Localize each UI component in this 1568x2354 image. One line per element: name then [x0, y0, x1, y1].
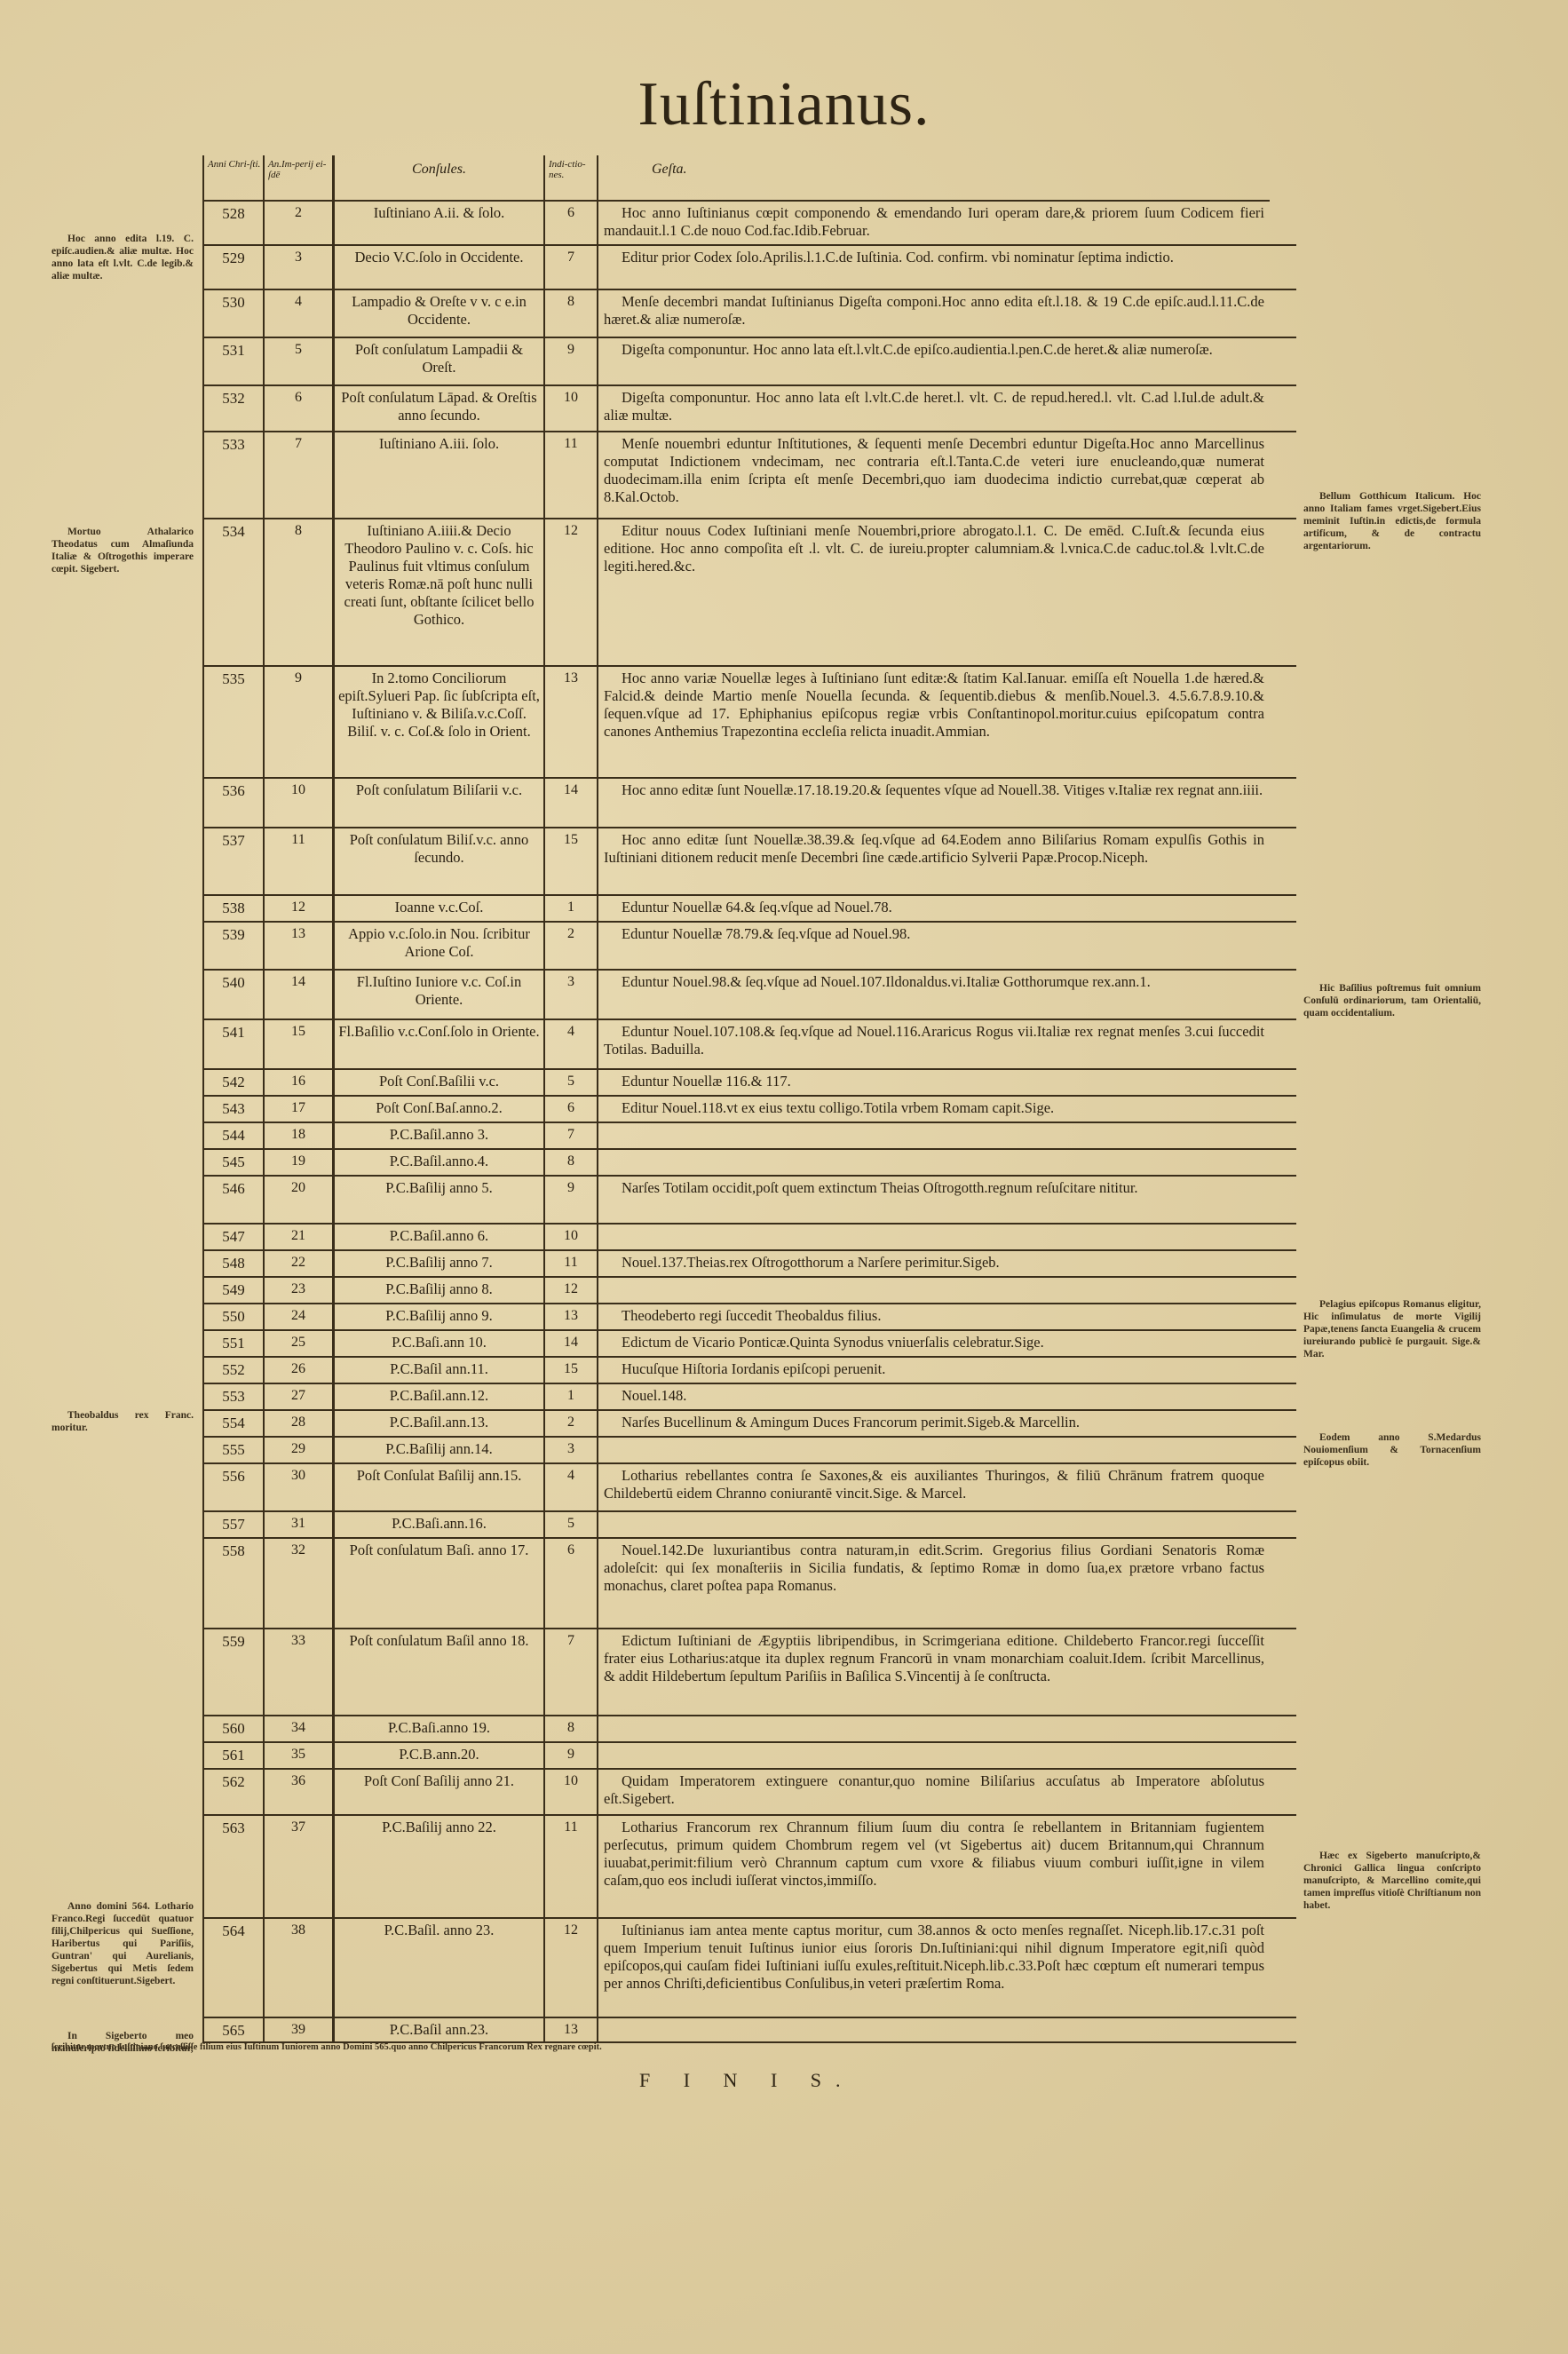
indiction-cell: 3	[545, 971, 598, 1018]
gesta-cell	[598, 1123, 1270, 1148]
year-cell: 533	[202, 432, 265, 518]
gesta-cell	[598, 1716, 1270, 1741]
year-cell: 558	[202, 1539, 265, 1628]
gesta-cell: Eduntur Nouellæ 64.& ſeq.vſque ad Nouel.…	[598, 896, 1270, 921]
left-margin-note: Mortuo Athalarico Theodatus cum Almaſiun…	[51, 526, 194, 575]
year-cell: 564	[202, 1919, 265, 2017]
imperium-cell: 36	[265, 1770, 334, 1814]
imperium-cell: 13	[265, 923, 334, 969]
imperium-cell: 2	[265, 202, 334, 244]
table-row: 56539P.C.Baſil ann.23.13	[202, 2018, 1296, 2043]
table-row: 5337Iuſtiniano A.iii. ſolo.11Menſe nouem…	[202, 432, 1296, 519]
table-row: 55933Poſt conſulatum Baſil anno 18.7Edic…	[202, 1629, 1296, 1716]
indiction-cell: 3	[545, 1438, 598, 1462]
indiction-cell: 7	[545, 246, 598, 289]
header-gesta: Geſta.	[598, 155, 1270, 202]
indiction-cell: 6	[545, 1539, 598, 1628]
year-cell: 541	[202, 1020, 265, 1068]
consul-cell: P.C.Baſil.anno 3.	[334, 1123, 545, 1148]
right-margin-note: Hic Baſilius poſtremus fuit omnium Conſu…	[1303, 982, 1481, 1019]
consul-cell: Poſt conſulatum Biliſ.v.c. anno ſecundo.	[334, 828, 545, 894]
year-cell: 529	[202, 246, 265, 289]
year-cell: 549	[202, 1278, 265, 1303]
imperium-cell: 11	[265, 828, 334, 894]
chronology-table: Anni Chri-ſti. An.Im-perij ei-ſdē Conſul…	[202, 155, 1296, 2043]
indiction-cell: 8	[545, 1150, 598, 1175]
indiction-cell: 11	[545, 1251, 598, 1276]
imperium-cell: 8	[265, 519, 334, 665]
year-cell: 532	[202, 386, 265, 431]
year-cell: 548	[202, 1251, 265, 1276]
gesta-cell: Eduntur Nouellæ 78.79.& ſeq.vſque ad Nou…	[598, 923, 1270, 969]
consul-cell: P.C.Baſil ann.23.	[334, 2018, 545, 2041]
table-row: 54822P.C.Baſilij anno 7.11Nouel.137.Thei…	[202, 1251, 1296, 1278]
table-row: 54418P.C.Baſil.anno 3.7	[202, 1123, 1296, 1150]
table-row: 5282Iuſtiniano A.ii. & ſolo.6Hoc anno Iu…	[202, 202, 1296, 246]
indiction-cell: 5	[545, 1512, 598, 1537]
imperium-cell: 37	[265, 1816, 334, 1917]
header-consules: Conſules.	[334, 155, 545, 202]
indiction-cell: 2	[545, 1411, 598, 1436]
consul-cell: Poſt conſulatum Baſil anno 18.	[334, 1629, 545, 1715]
table-row: 56034P.C.Baſi.anno 19.8	[202, 1716, 1296, 1743]
table-row: 55327P.C.Baſil.ann.12.1Nouel.148.	[202, 1384, 1296, 1411]
year-cell: 538	[202, 896, 265, 921]
year-cell: 554	[202, 1411, 265, 1436]
imperium-cell: 9	[265, 667, 334, 777]
gesta-cell: Edictum de Vicario Ponticæ.Quinta Synodu…	[598, 1331, 1270, 1356]
gesta-cell	[598, 1438, 1270, 1462]
header-indictiones: Indi-ctio-nes.	[545, 155, 598, 202]
consul-cell: P.C.Baſilij anno 9.	[334, 1304, 545, 1329]
year-cell: 542	[202, 1070, 265, 1095]
imperium-cell: 19	[265, 1150, 334, 1175]
year-cell: 563	[202, 1816, 265, 1917]
table-row: 5348Iuſtiniano A.iiii.& Decio Theodoro P…	[202, 519, 1296, 667]
consul-cell: P.C.Baſil.anno 6.	[334, 1225, 545, 1249]
gesta-cell: Hoc anno editæ ſunt Nouellæ.38.39.& ſeq.…	[598, 828, 1270, 894]
consul-cell: In 2.tomo Conciliorum epiſt.Sylueri Pap.…	[334, 667, 545, 777]
indiction-cell: 14	[545, 1331, 598, 1356]
gesta-cell: Hoc anno editæ ſunt Nouellæ.17.18.19.20.…	[598, 779, 1270, 827]
gesta-cell: Iuſtinianus iam antea mente captus morit…	[598, 1919, 1270, 2017]
imperium-cell: 25	[265, 1331, 334, 1356]
margin-note-text: Hic Baſilius poſtremus fuit omnium Conſu…	[1303, 982, 1481, 1019]
table-row: 56438P.C.Baſil. anno 23.12Iuſtinianus ia…	[202, 1919, 1296, 2018]
gesta-cell	[598, 2018, 1270, 2041]
consul-cell: P.C.B.ann.20.	[334, 1743, 545, 1768]
consul-cell: Poſt Conſ.Baſ.anno.2.	[334, 1097, 545, 1122]
year-cell: 540	[202, 971, 265, 1018]
gesta-cell: Hoc anno variæ Nouellæ leges à Iuſtinian…	[598, 667, 1270, 777]
gesta-cell: Nouel.142.De luxuriantibus contra natura…	[598, 1539, 1270, 1628]
consul-cell: Iuſtiniano A.iii. ſolo.	[334, 432, 545, 518]
consul-cell: P.C.Baſil. anno 23.	[334, 1919, 545, 2017]
gesta-cell	[598, 1278, 1270, 1303]
indiction-cell: 13	[545, 667, 598, 777]
imperium-cell: 5	[265, 338, 334, 384]
consul-cell: Poſt Conſ.Baſilii v.c.	[334, 1070, 545, 1095]
imperium-cell: 35	[265, 1743, 334, 1768]
gesta-cell: Digeſta componuntur. Hoc anno lata eſt l…	[598, 386, 1270, 431]
imperium-cell: 30	[265, 1464, 334, 1510]
indiction-cell: 10	[545, 1225, 598, 1249]
right-margin-note: Bellum Gotthicum Italicum. Hoc anno Ital…	[1303, 490, 1481, 552]
table-row: 56135P.C.B.ann.20.9	[202, 1743, 1296, 1770]
table-row: 55529P.C.Baſilij ann.14.3	[202, 1438, 1296, 1464]
indiction-cell: 13	[545, 1304, 598, 1329]
indiction-cell: 14	[545, 779, 598, 827]
year-cell: 552	[202, 1358, 265, 1383]
year-cell: 550	[202, 1304, 265, 1329]
indiction-cell: 6	[545, 202, 598, 244]
indiction-cell: 1	[545, 1384, 598, 1409]
right-margin-note: Pelagius epiſcopus Romanus eligitur, Hic…	[1303, 1298, 1481, 1360]
gesta-cell: Lotharius rebellantes contra ſe Saxones,…	[598, 1464, 1270, 1510]
table-row: 55024P.C.Baſilij anno 9.13Theodeberto re…	[202, 1304, 1296, 1331]
table-row: 54721P.C.Baſil.anno 6.10	[202, 1225, 1296, 1251]
imperium-cell: 21	[265, 1225, 334, 1249]
table-row: 5293Decio V.C.ſolo in Occidente.7Editur …	[202, 246, 1296, 290]
year-cell: 539	[202, 923, 265, 969]
left-margin-note: Theobaldus rex Franc. moritur.	[51, 1409, 194, 1434]
year-cell: 557	[202, 1512, 265, 1537]
page-title: Iuſtinianus.	[0, 69, 1568, 140]
imperium-cell: 33	[265, 1629, 334, 1715]
gesta-cell: Quidam Imperatorem extinguere conantur,q…	[598, 1770, 1270, 1814]
header-year: Anni Chri-ſti.	[202, 155, 265, 202]
year-cell: 535	[202, 667, 265, 777]
indiction-cell: 4	[545, 1020, 598, 1068]
indiction-cell: 15	[545, 1358, 598, 1383]
gesta-cell: Editur Nouel.118.vt ex eius textu collig…	[598, 1097, 1270, 1122]
table-row: 54620P.C.Baſilij anno 5.9Narſes Totilam …	[202, 1177, 1296, 1225]
consul-cell: P.C.Baſi.ann 10.	[334, 1331, 545, 1356]
consul-cell: P.C.Baſil.anno.4.	[334, 1150, 545, 1175]
table-row: 54317Poſt Conſ.Baſ.anno.2.6Editur Nouel.…	[202, 1097, 1296, 1123]
year-cell: 562	[202, 1770, 265, 1814]
imperium-cell: 7	[265, 432, 334, 518]
indiction-cell: 5	[545, 1070, 598, 1095]
gesta-cell: Edictum Iuſtiniani de Ægyptiis libripend…	[598, 1629, 1270, 1715]
consul-cell: Poſt Conſulat Baſilij ann.15.	[334, 1464, 545, 1510]
indiction-cell: 12	[545, 519, 598, 665]
table-row: 53812Ioanne v.c.Coſ.1Eduntur Nouellæ 64.…	[202, 896, 1296, 923]
imperium-cell: 10	[265, 779, 334, 827]
indiction-cell: 2	[545, 923, 598, 969]
imperium-cell: 17	[265, 1097, 334, 1122]
consul-cell: Lampadio & Oreſte v v. c e.in Occidente.	[334, 290, 545, 337]
imperium-cell: 4	[265, 290, 334, 337]
consul-cell: P.C.Baſi.anno 19.	[334, 1716, 545, 1741]
indiction-cell: 8	[545, 1716, 598, 1741]
consul-cell: P.C.Baſi.ann.16.	[334, 1512, 545, 1537]
consul-cell: Iuſtiniano A.iiii.& Decio Theodoro Pauli…	[334, 519, 545, 665]
year-cell: 534	[202, 519, 265, 665]
consul-cell: Appio v.c.ſolo.in Nou. ſcribitur Arione …	[334, 923, 545, 969]
year-cell: 561	[202, 1743, 265, 1768]
margin-note-text: Mortuo Athalarico Theodatus cum Almaſiun…	[51, 526, 194, 575]
year-cell: 546	[202, 1177, 265, 1223]
table-row: 55731P.C.Baſi.ann.16.5	[202, 1512, 1296, 1539]
consul-cell: Fl.Iuſtino Iuniore v.c. Coſ.in Oriente.	[334, 971, 545, 1018]
margin-note-text: Theobaldus rex Franc. moritur.	[51, 1409, 194, 1434]
gesta-cell: Nouel.148.	[598, 1384, 1270, 1409]
indiction-cell: 1	[545, 896, 598, 921]
imperium-cell: 24	[265, 1304, 334, 1329]
table-row: 56236Poſt Conſ Baſilij anno 21.10Quidam …	[202, 1770, 1296, 1816]
indiction-cell: 6	[545, 1097, 598, 1122]
gesta-cell	[598, 1150, 1270, 1175]
imperium-cell: 31	[265, 1512, 334, 1537]
consul-cell: Decio V.C.ſolo in Occidente.	[334, 246, 545, 289]
indiction-cell: 12	[545, 1278, 598, 1303]
indiction-cell: 7	[545, 1629, 598, 1715]
consul-cell: P.C.Baſilij anno 7.	[334, 1251, 545, 1276]
imperium-cell: 14	[265, 971, 334, 1018]
consul-cell: Iuſtiniano A.ii. & ſolo.	[334, 202, 545, 244]
year-cell: 545	[202, 1150, 265, 1175]
consul-cell: P.C.Baſilij anno 8.	[334, 1278, 545, 1303]
year-cell: 536	[202, 779, 265, 827]
gesta-cell	[598, 1512, 1270, 1537]
gesta-cell: Editur prior Codex ſolo.Aprilis.l.1.C.de…	[598, 246, 1270, 289]
table-row: 53913Appio v.c.ſolo.in Nou. ſcribitur Ar…	[202, 923, 1296, 971]
right-margin-note: Eodem anno S.Medardus Nouiomenſium & Tor…	[1303, 1431, 1481, 1469]
gesta-cell: Hoc anno Iuſtinianus cœpit componendo & …	[598, 202, 1270, 244]
year-cell: 556	[202, 1464, 265, 1510]
gesta-cell: Eduntur Nouellæ 116.& 117.	[598, 1070, 1270, 1095]
table-row: 54115Fl.Baſilio v.c.Conſ.ſolo in Oriente…	[202, 1020, 1296, 1070]
imperium-cell: 39	[265, 2018, 334, 2041]
right-margin-note: Hæc ex Sigeberto manuſcripto,& Chronici …	[1303, 1850, 1481, 1912]
year-cell: 555	[202, 1438, 265, 1462]
indiction-cell: 13	[545, 2018, 598, 2041]
indiction-cell: 15	[545, 828, 598, 894]
finis-mark: F I N I S.	[639, 2069, 855, 2092]
gesta-cell: Menſe decembri mandat Iuſtinianus Digeſt…	[598, 290, 1270, 337]
indiction-cell: 10	[545, 386, 598, 431]
imperium-cell: 34	[265, 1716, 334, 1741]
table-row: 55428P.C.Baſil.ann.13.2Narſes Bucellinum…	[202, 1411, 1296, 1438]
table-row: 53711Poſt conſulatum Biliſ.v.c. anno ſec…	[202, 828, 1296, 896]
margin-note-text: Bellum Gotthicum Italicum. Hoc anno Ital…	[1303, 490, 1481, 552]
consul-cell: Poſt conſulatum Lampadii & Oreſt.	[334, 338, 545, 384]
consul-cell: Ioanne v.c.Coſ.	[334, 896, 545, 921]
gesta-cell	[598, 1225, 1270, 1249]
consul-cell: Poſt conſulatum Baſi. anno 17.	[334, 1539, 545, 1628]
imperium-cell: 27	[265, 1384, 334, 1409]
consul-cell: P.C.Baſilij anno 5.	[334, 1177, 545, 1223]
imperium-cell: 32	[265, 1539, 334, 1628]
imperium-cell: 16	[265, 1070, 334, 1095]
indiction-cell: 9	[545, 1743, 598, 1768]
gesta-cell	[598, 1743, 1270, 1768]
year-cell: 543	[202, 1097, 265, 1122]
table-row: 54519P.C.Baſil.anno.4.8	[202, 1150, 1296, 1177]
year-cell: 531	[202, 338, 265, 384]
table-row: 54216Poſt Conſ.Baſilii v.c.5Eduntur Noue…	[202, 1070, 1296, 1097]
margin-note-text: Hoc anno edita l.19. C. epiſc.audien.& a…	[51, 233, 194, 282]
consul-cell: P.C.Baſilij ann.14.	[334, 1438, 545, 1462]
gesta-cell: Eduntur Nouel.98.& ſeq.vſque ad Nouel.10…	[598, 971, 1270, 1018]
indiction-cell: 8	[545, 290, 598, 337]
table-row: 55125P.C.Baſi.ann 10.14Edictum de Vicari…	[202, 1331, 1296, 1358]
margin-note-text: Eodem anno S.Medardus Nouiomenſium & Tor…	[1303, 1431, 1481, 1469]
gesta-cell: Hucuſque Hiſtoria Iordanis epiſcopi peru…	[598, 1358, 1270, 1383]
table-row: 54014Fl.Iuſtino Iuniore v.c. Coſ.in Orie…	[202, 971, 1296, 1020]
imperium-cell: 12	[265, 896, 334, 921]
consul-cell: Poſt conſulatum Lāpad. & Oreſtis anno ſe…	[334, 386, 545, 431]
imperium-cell: 3	[265, 246, 334, 289]
imperium-cell: 15	[265, 1020, 334, 1068]
table-row: 5326Poſt conſulatum Lāpad. & Oreſtis ann…	[202, 386, 1296, 432]
year-cell: 559	[202, 1629, 265, 1715]
imperium-cell: 29	[265, 1438, 334, 1462]
imperium-cell: 38	[265, 1919, 334, 2017]
indiction-cell: 9	[545, 338, 598, 384]
margin-note-text: Hæc ex Sigeberto manuſcripto,& Chronici …	[1303, 1850, 1481, 1912]
consul-cell: Fl.Baſilio v.c.Conſ.ſolo in Oriente.	[334, 1020, 545, 1068]
consul-cell: P.C.Baſil.ann.13.	[334, 1411, 545, 1436]
indiction-cell: 4	[545, 1464, 598, 1510]
gesta-cell: Narſes Totilam occidit,poſt quem extinct…	[598, 1177, 1270, 1223]
consul-cell: P.C.Baſil ann.11.	[334, 1358, 545, 1383]
imperium-cell: 6	[265, 386, 334, 431]
year-cell: 530	[202, 290, 265, 337]
consul-cell: Poſt conſulatum Biliſarii v.c.	[334, 779, 545, 827]
table-row: 5304Lampadio & Oreſte v v. c e.in Occide…	[202, 290, 1296, 338]
table-row: 55832Poſt conſulatum Baſi. anno 17.6Noue…	[202, 1539, 1296, 1629]
imperium-cell: 23	[265, 1278, 334, 1303]
year-cell: 528	[202, 202, 265, 244]
gesta-cell: Editur nouus Codex Iuſtiniani menſe Noue…	[598, 519, 1270, 665]
gesta-cell: Narſes Bucellinum & Amingum Duces Franco…	[598, 1411, 1270, 1436]
margin-note-text: Anno domini 564. Lothario Franco.Regi ſu…	[51, 1900, 194, 1987]
table-body: 5282Iuſtiniano A.ii. & ſolo.6Hoc anno Iu…	[202, 202, 1296, 2043]
footer-continuation: ſcribitur,mortuo Iuſtiniano ſucceſſiſſe …	[51, 2042, 1108, 2052]
consul-cell: P.C.Baſil.ann.12.	[334, 1384, 545, 1409]
imperium-cell: 18	[265, 1123, 334, 1148]
consul-cell: Poſt Conſ Baſilij anno 21.	[334, 1770, 545, 1814]
left-margin-note: Anno domini 564. Lothario Franco.Regi ſu…	[51, 1900, 194, 1987]
left-margin-note: Hoc anno edita l.19. C. epiſc.audien.& a…	[51, 233, 194, 282]
year-cell: 560	[202, 1716, 265, 1741]
imperium-cell: 20	[265, 1177, 334, 1223]
gesta-cell: Menſe nouembri eduntur Inſtitutiones, & …	[598, 432, 1270, 518]
gesta-cell: Eduntur Nouel.107.108.& ſeq.vſque ad Nou…	[598, 1020, 1270, 1068]
indiction-cell: 10	[545, 1770, 598, 1814]
table-row: 56337P.C.Baſilij anno 22.11Lotharius Fra…	[202, 1816, 1296, 1919]
gesta-cell: Digeſta componuntur. Hoc anno lata eſt.l…	[598, 338, 1270, 384]
year-cell: 553	[202, 1384, 265, 1409]
indiction-cell: 11	[545, 432, 598, 518]
consul-cell: P.C.Baſilij anno 22.	[334, 1816, 545, 1917]
table-row: 55226P.C.Baſil ann.11.15Hucuſque Hiſtori…	[202, 1358, 1296, 1384]
year-cell: 565	[202, 2018, 265, 2041]
table-row: 53610Poſt conſulatum Biliſarii v.c.14Hoc…	[202, 779, 1296, 828]
indiction-cell: 9	[545, 1177, 598, 1223]
gesta-cell: Theodeberto regi ſuccedit Theobaldus fil…	[598, 1304, 1270, 1329]
year-cell: 544	[202, 1123, 265, 1148]
margin-note-text: Pelagius epiſcopus Romanus eligitur, Hic…	[1303, 1298, 1481, 1360]
indiction-cell: 11	[545, 1816, 598, 1917]
year-cell: 537	[202, 828, 265, 894]
table-row: 54923P.C.Baſilij anno 8.12	[202, 1278, 1296, 1304]
imperium-cell: 28	[265, 1411, 334, 1436]
table-row: 55630Poſt Conſulat Baſilij ann.15.4Lotha…	[202, 1464, 1296, 1512]
year-cell: 547	[202, 1225, 265, 1249]
table-header: Anni Chri-ſti. An.Im-perij ei-ſdē Conſul…	[202, 155, 1296, 202]
indiction-cell: 12	[545, 1919, 598, 2017]
indiction-cell: 7	[545, 1123, 598, 1148]
table-row: 5359In 2.tomo Conciliorum epiſt.Sylueri …	[202, 667, 1296, 779]
table-row: 5315Poſt conſulatum Lampadii & Oreſt.9Di…	[202, 338, 1296, 386]
imperium-cell: 26	[265, 1358, 334, 1383]
gesta-cell: Nouel.137.Theias.rex Oſtrogotthorum a Na…	[598, 1251, 1270, 1276]
gesta-cell: Lotharius Francorum rex Chrannum filium …	[598, 1816, 1270, 1917]
header-imperium: An.Im-perij ei-ſdē	[265, 155, 334, 202]
imperium-cell: 22	[265, 1251, 334, 1276]
year-cell: 551	[202, 1331, 265, 1356]
